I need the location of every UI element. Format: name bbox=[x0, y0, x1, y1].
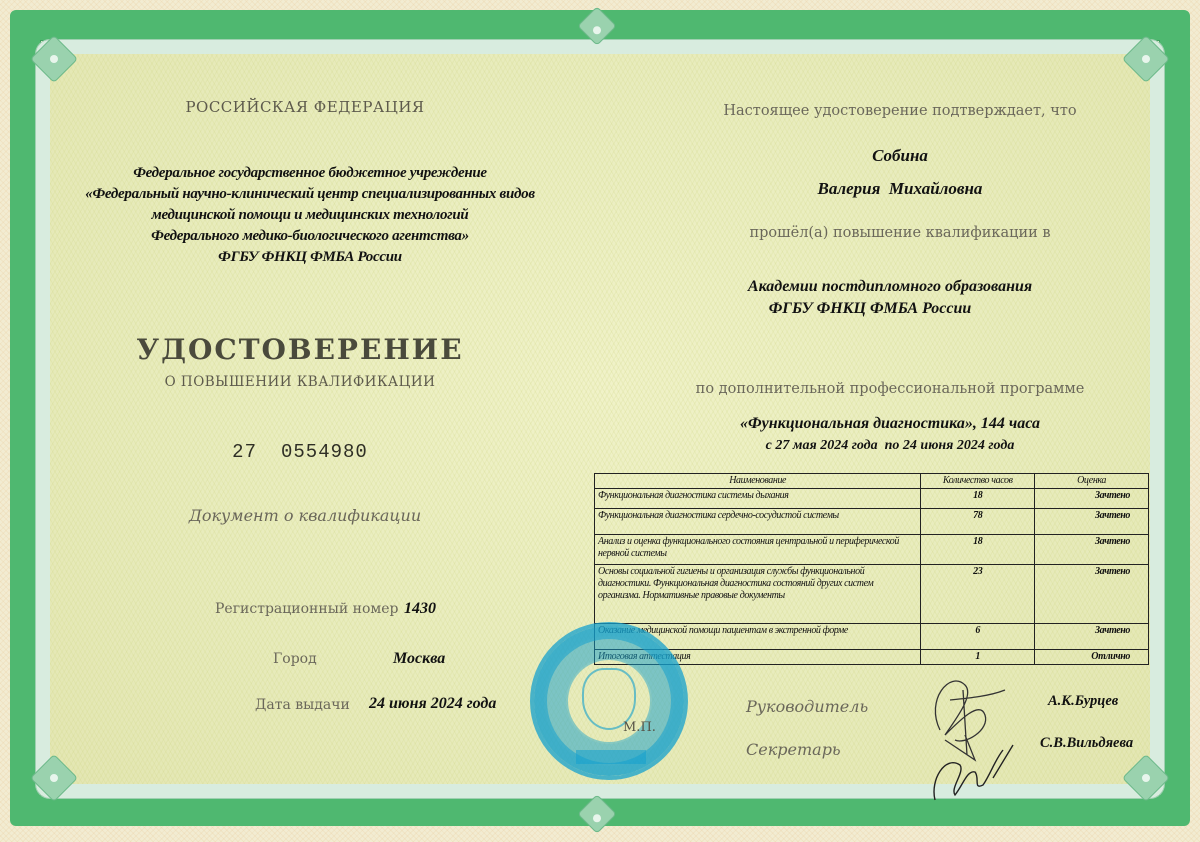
secretary-name: С.В.Вильдяева bbox=[1040, 735, 1133, 752]
module-grade: Зачтено bbox=[1035, 509, 1149, 535]
org-line: медицинской помощи и медицинских техноло… bbox=[60, 205, 560, 226]
head-role-label: Руководитель bbox=[746, 697, 868, 716]
secretary-role-label: Секретарь bbox=[746, 740, 841, 759]
modules-table: Наименование Количество часов Оценка Фун… bbox=[594, 473, 1149, 665]
city-value: Москва bbox=[393, 650, 445, 668]
column-header-name: Наименование bbox=[595, 474, 921, 489]
module-grade: Зачтено bbox=[1035, 565, 1149, 624]
program-intro: по дополнительной профессиональной прогр… bbox=[680, 381, 1100, 397]
document-subtitle: О ПОВЫШЕНИИ КВАЛИФИКАЦИИ bbox=[120, 374, 480, 390]
module-hours: 23 bbox=[921, 565, 1035, 624]
table-row: Анализ и оценка функционального состояни… bbox=[595, 535, 1149, 565]
org-line: «Федеральный научно-клинический центр сп… bbox=[60, 184, 560, 205]
issue-date-value: 24 июня 2024 года bbox=[369, 695, 496, 713]
org-line: Федерального медико-биологического агент… bbox=[60, 226, 560, 247]
module-name: Основы социальной гигиены и организация … bbox=[595, 565, 921, 624]
stamp-bar bbox=[576, 750, 646, 764]
academy-line: ФГБУ ФНКЦ ФМБА России bbox=[680, 298, 1100, 320]
column-header-grade: Оценка bbox=[1035, 474, 1149, 489]
table-row: Функциональная диагностика системы дыхан… bbox=[595, 489, 1149, 509]
seal-label: М.П. bbox=[623, 720, 656, 735]
table-header-row: Наименование Количество часов Оценка bbox=[595, 474, 1149, 489]
program-title: «Функциональная диагностика», 144 часа bbox=[680, 413, 1100, 435]
module-grade: Отлично bbox=[1035, 650, 1149, 665]
column-header-hours: Количество часов bbox=[921, 474, 1035, 489]
registration-label: Регистрационный номер bbox=[215, 601, 399, 617]
module-grade: Зачтено bbox=[1035, 535, 1149, 565]
document-title: УДОСТОВЕРЕНИЕ bbox=[120, 333, 480, 366]
head-name: А.К.Бурцев bbox=[1048, 693, 1118, 710]
confirm-text: Настоящее удостоверение подтверждает, чт… bbox=[700, 103, 1100, 119]
holder-given-names: Валерия Михайловна bbox=[700, 179, 1100, 199]
serial-number: 270554980 bbox=[190, 441, 410, 463]
serial-digits: 0554980 bbox=[281, 441, 368, 463]
registration-value: 1430 bbox=[404, 600, 436, 618]
academy-line: Академии постдипломного образования bbox=[680, 276, 1100, 298]
module-name: Анализ и оценка функционального состояни… bbox=[595, 535, 921, 565]
module-name: Функциональная диагностика сердечно-сосу… bbox=[595, 509, 921, 535]
head-signature-icon bbox=[905, 660, 1025, 810]
city-label: Город bbox=[273, 651, 317, 667]
official-seal-stamp bbox=[530, 622, 688, 780]
document-kind: Документ о квалификации bbox=[160, 506, 450, 525]
table-row: Функциональная диагностика сердечно-сосу… bbox=[595, 509, 1149, 535]
module-grade: Зачтено bbox=[1035, 489, 1149, 509]
table-row: Основы социальной гигиены и организация … bbox=[595, 565, 1149, 624]
program-info: «Функциональная диагностика», 144 часа с… bbox=[680, 413, 1100, 457]
holder-surname: Собина bbox=[700, 146, 1100, 166]
table-row: Оказание медицинской помощи пациентам в … bbox=[595, 624, 1149, 650]
issuing-organization: Федеральное государственное бюджетное уч… bbox=[60, 163, 560, 268]
module-name: Функциональная диагностика системы дыхан… bbox=[595, 489, 921, 509]
issue-date-label: Дата выдачи bbox=[255, 697, 350, 713]
program-period: с 27 мая 2024 года по 24 июня 2024 года bbox=[680, 435, 1100, 457]
org-line: Федеральное государственное бюджетное уч… bbox=[60, 163, 560, 184]
serial-series: 27 bbox=[232, 441, 257, 463]
module-hours: 18 bbox=[921, 535, 1035, 565]
module-grade: Зачтено bbox=[1035, 624, 1149, 650]
country-heading: РОССИЙСКАЯ ФЕДЕРАЦИЯ bbox=[140, 98, 470, 116]
passed-text: прошёл(а) повышение квалификации в bbox=[700, 225, 1100, 241]
module-hours: 18 bbox=[921, 489, 1035, 509]
module-hours: 78 bbox=[921, 509, 1035, 535]
module-hours: 6 bbox=[921, 624, 1035, 650]
org-line: ФГБУ ФНКЦ ФМБА России bbox=[60, 247, 560, 268]
academy-name: Академии постдипломного образования ФГБУ… bbox=[680, 276, 1100, 320]
